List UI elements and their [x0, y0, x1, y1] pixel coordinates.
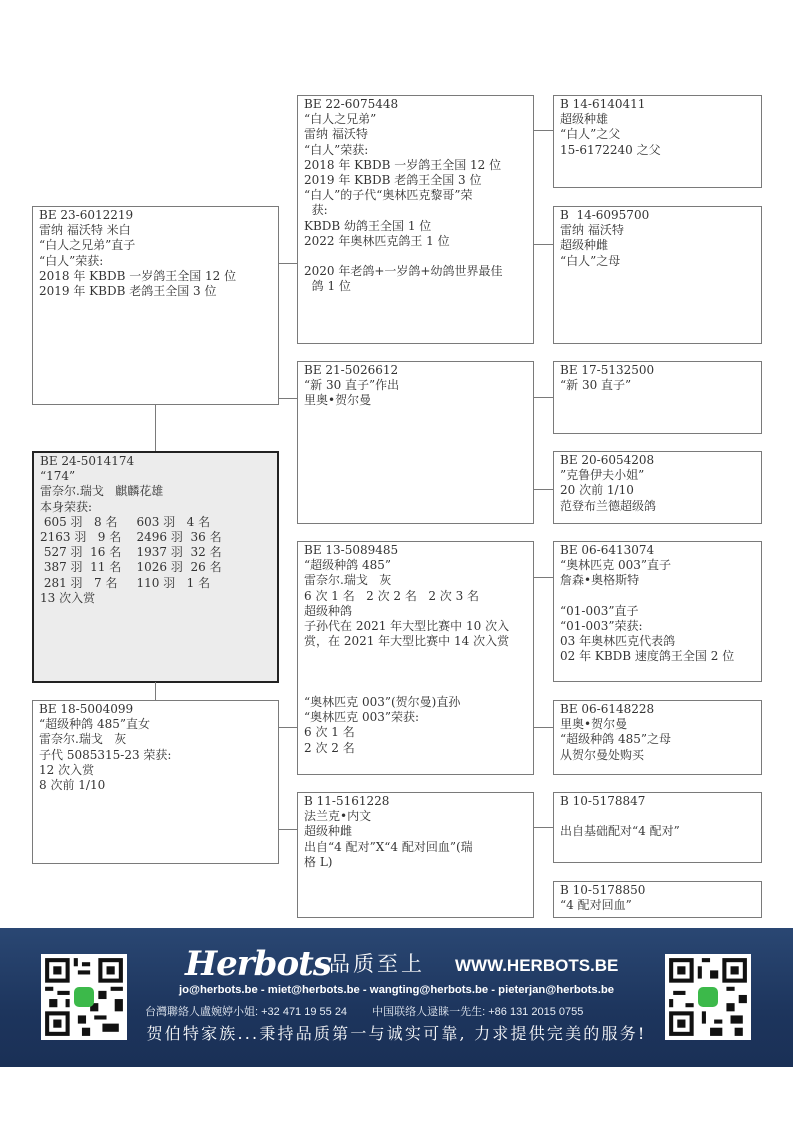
pedigree-line: 本身荣获:	[40, 500, 271, 515]
pedigree-line: B 14-6095700	[560, 208, 755, 223]
ggp-box-4: BE 20-6054208”克鲁伊夫小姐”20 次前 1/10范登布兰德超级鸽	[553, 451, 762, 524]
pedigree-line: “超级种鸽 485”之母	[560, 732, 755, 747]
pedigree-line: BE 06-6413074	[560, 543, 755, 558]
pedigree-line: 出自基础配对“4 配对”	[560, 824, 755, 839]
ggp-box-3: BE 17-5132500“新 30 直子”	[553, 361, 762, 434]
pedigree-line: B 10-5178850	[560, 883, 755, 898]
pedigree-line: “超级种鸽 485”直女	[39, 717, 272, 732]
pedigree-line: BE 23-6012219	[39, 208, 272, 223]
pedigree-line: BE 18-5004099	[39, 702, 272, 717]
pedigree-line: 出自“4 配对”X“4 配对回血”(瑞	[304, 840, 527, 855]
connector-mid2-top	[533, 397, 553, 398]
ggp-box-1: B 14-6140411超级种雄“白人”之父15-6172240 之父	[553, 95, 762, 188]
sire-sire-box: BE 22-6075448“白人之兄弟”雷纳 福沃特“白人”荣获:2018 年 …	[297, 95, 534, 344]
pedigree-line: BE 20-6054208	[560, 453, 755, 468]
pedigree-line: BE 06-6148228	[560, 702, 755, 717]
pedigree-line: “白人”荣获:	[39, 254, 272, 269]
pedigree-line	[304, 680, 527, 695]
connector-mid3-bottom	[533, 727, 553, 728]
connector-mid4-top	[533, 827, 553, 828]
pedigree-line: 超级种雌	[560, 238, 755, 253]
pedigree-line: 里奥•贺尔曼	[304, 393, 527, 408]
connector-dam-to-dam-sire	[279, 727, 297, 728]
pedigree-line: 雷纳 福沃特	[304, 127, 527, 142]
pedigree-line: 法兰克•内文	[304, 809, 527, 824]
pedigree-line: 雷奈尔.瑞戈 麒麟花雄	[40, 484, 271, 499]
wechat-qr-code[interactable]	[665, 954, 751, 1040]
pedigree-line: 范登布兰德超级鸽	[560, 499, 755, 514]
pedigree-line: “白人”之母	[560, 254, 755, 269]
pedigree-line: 雷奈尔.瑞戈 灰	[39, 732, 272, 747]
dam-dam-box: B 11-5161228法兰克•内文超级种雌出自“4 配对”X“4 配对回血”(…	[297, 792, 534, 918]
pedigree-line: “奥林匹克 003”直子	[560, 558, 755, 573]
ggp-box-2: B 14-6095700雷纳 福沃特超级种雌“白人”之母	[553, 206, 762, 344]
pedigree-line: B 11-5161228	[304, 794, 527, 809]
pedigree-line: 2020 年老鸽+一岁鸽+幼鸽世界最佳	[304, 264, 527, 279]
dam-box: BE 18-5004099“超级种鸽 485”直女雷奈尔.瑞戈 灰子代 5085…	[32, 700, 279, 864]
connector-mid3-top	[533, 577, 553, 578]
pedigree-line: 超级种鸽	[304, 604, 527, 619]
pedigree-line: “01-003”荣获:	[560, 619, 755, 634]
pedigree-line: 527 羽 16 名 1937 羽 32 名	[40, 545, 271, 560]
pedigree-line: 雷纳 福沃特	[560, 223, 755, 238]
sire-dam-box: BE 21-5026612“新 30 直子”作出里奥•贺尔曼	[297, 361, 534, 524]
pedigree-line: 2018 年 KBDB 一岁鸽王全国 12 位	[304, 158, 527, 173]
pedigree-line: 子代 5085315-23 荣获:	[39, 748, 272, 763]
pedigree-line: BE 22-6075448	[304, 97, 527, 112]
pedigree-line: “奥林匹克 003”荣获:	[304, 710, 527, 725]
pedigree-line	[304, 649, 527, 664]
pedigree-line: “白人”荣获:	[304, 143, 527, 158]
pedigree-line: “超级种鸽 485”	[304, 558, 527, 573]
connector-mid1-top	[533, 130, 553, 131]
ggp-box-6: BE 06-6148228里奥•贺尔曼“超级种鸽 485”之母从贺尔曼处购买	[553, 700, 762, 775]
pedigree-line: 605 羽 8 名 603 羽 4 名	[40, 515, 271, 530]
pedigree-line: 6 次 1 名	[304, 725, 527, 740]
ggp-box-8: B 10-5178850“4 配对回血”	[553, 881, 762, 918]
pedigree-line: 2163 羽 9 名 2496 羽 36 名	[40, 530, 271, 545]
connector-sire-subject	[155, 404, 156, 452]
ggp-box-7: B 10-5178847出自基础配对“4 配对”	[553, 792, 762, 863]
pedigree-line: 超级种雄	[560, 112, 755, 127]
brand-slogan: 品质至上	[329, 950, 425, 978]
contact-taiwan: 台灣聯絡人盧婉婷小姐: +32 471 19 55 24	[145, 1006, 347, 1018]
pedigree-line: 2019 年 KBDB 老鸽王全国 3 位	[39, 284, 272, 299]
pedigree-line: B 14-6140411	[560, 97, 755, 112]
pedigree-line: KBDB 幼鸽王全国 1 位	[304, 219, 527, 234]
pedigree-line: 2 次 2 名	[304, 741, 527, 756]
pedigree-line: “新 30 直子”作出	[304, 378, 527, 393]
pedigree-line: 02 年 KBDB 速度鸽王全国 2 位	[560, 649, 755, 664]
connector-mid1-bottom	[533, 244, 553, 245]
pedigree-line: 2019 年 KBDB 老鸽王全国 3 位	[304, 173, 527, 188]
pedigree-line: “白人之兄弟”	[304, 112, 527, 127]
pedigree-line: “174”	[40, 469, 271, 484]
pedigree-line: 387 羽 11 名 1026 羽 26 名	[40, 560, 271, 575]
pedigree-line: 2018 年 KBDB 一岁鸽王全国 12 位	[39, 269, 272, 284]
connector-dam-to-dam-dam	[279, 829, 297, 830]
pedigree-line: 20 次前 1/10	[560, 483, 755, 498]
pedigree-line: 里奥•贺尔曼	[560, 717, 755, 732]
pedigree-line	[304, 249, 527, 264]
subject-box: BE 24-5014174“174”雷奈尔.瑞戈 麒麟花雄本身荣获: 605 羽…	[32, 451, 279, 683]
pedigree-line: BE 21-5026612	[304, 363, 527, 378]
sire-box: BE 23-6012219雷纳 福沃特 米白“白人之兄弟”直子“白人”荣获:20…	[32, 206, 279, 405]
pedigree-line: “白人”的子代“奥林匹克黎哥”荣	[304, 188, 527, 203]
pedigree-line: “01-003”直子	[560, 604, 755, 619]
pedigree-line: “4 配对回血”	[560, 898, 755, 913]
pedigree-line	[560, 589, 755, 604]
brand-header: Herbots 品质至上 WWW.HERBOTS.BE	[185, 944, 625, 984]
dam-sire-box: BE 13-5089485“超级种鸽 485”雷奈尔.瑞戈 灰6 次 1 名 2…	[297, 541, 534, 775]
pedigree-line: 格 L)	[304, 855, 527, 870]
connector-sire-branch	[278, 212, 279, 398]
connector-sire-to-sire-dam	[279, 398, 297, 399]
pedigree-line: 12 次入赏	[39, 763, 272, 778]
footer-banner: Herbots 品质至上 WWW.HERBOTS.BE jo@herbots.b…	[0, 928, 793, 1067]
pedigree-line: 6 次 1 名 2 次 2 名 2 次 3 名	[304, 589, 527, 604]
pedigree-line: 13 次入赏	[40, 591, 271, 606]
pedigree-line: “白人”之父	[560, 127, 755, 142]
pedigree-line: 子孙代在 2021 年大型比赛中 10 次入	[304, 619, 527, 634]
pedigree-line: ”克鲁伊夫小姐”	[560, 468, 755, 483]
pedigree-line: “新 30 直子”	[560, 378, 755, 393]
connector-sire-to-sire-sire	[279, 263, 297, 264]
contact-china: 中国联络人逯睐一先生: +86 131 2015 0755	[372, 1006, 583, 1018]
connector-mid2-bottom	[533, 489, 553, 490]
pedigree-line	[304, 665, 527, 680]
pedigree-line: “白人之兄弟”直子	[39, 238, 272, 253]
pedigree-line: 03 年奥林匹克代表鸽	[560, 634, 755, 649]
pedigree-line: 15-6172240 之父	[560, 143, 755, 158]
connector-subject-dam	[155, 682, 156, 701]
contact-phones: 台灣聯絡人盧婉婷小姐: +32 471 19 55 24 中国联络人逯睐一先生:…	[145, 1003, 645, 1019]
website-link[interactable]: WWW.HERBOTS.BE	[455, 954, 618, 978]
herbots-logo: Herbots	[185, 944, 331, 984]
pedigree-line: 雷纳 福沃特 米白	[39, 223, 272, 238]
pedigree-line: 8 次前 1/10	[39, 778, 272, 793]
pedigree-line: 雷奈尔.瑞戈 灰	[304, 573, 527, 588]
pedigree-line: B 10-5178847	[560, 794, 755, 809]
pedigree-line: 詹森•奥格斯特	[560, 573, 755, 588]
ggp-box-5: BE 06-6413074“奥林匹克 003”直子詹森•奥格斯特“01-003”…	[553, 541, 762, 682]
pedigree-line: 鸽 1 位	[304, 279, 527, 294]
pedigree-line: “奥林匹克 003”(贺尔曼)直孙	[304, 695, 527, 710]
pedigree-line: BE 17-5132500	[560, 363, 755, 378]
pedigree-line: 赏，在 2021 年大型比赛中 14 次入赏	[304, 634, 527, 649]
wechat-app-icon	[698, 987, 718, 1007]
pedigree-line: BE 13-5089485	[304, 543, 527, 558]
pedigree-line: 超级种雌	[304, 824, 527, 839]
pedigree-line: BE 24-5014174	[40, 454, 271, 469]
pedigree-line: 获:	[304, 203, 527, 218]
pedigree-line: 从贺尔曼处购买	[560, 748, 755, 763]
pedigree-line: 281 羽 7 名 110 羽 1 名	[40, 576, 271, 591]
pedigree-line	[560, 809, 755, 824]
pedigree-line: 2022 年奥林匹克鸽王 1 位	[304, 234, 527, 249]
